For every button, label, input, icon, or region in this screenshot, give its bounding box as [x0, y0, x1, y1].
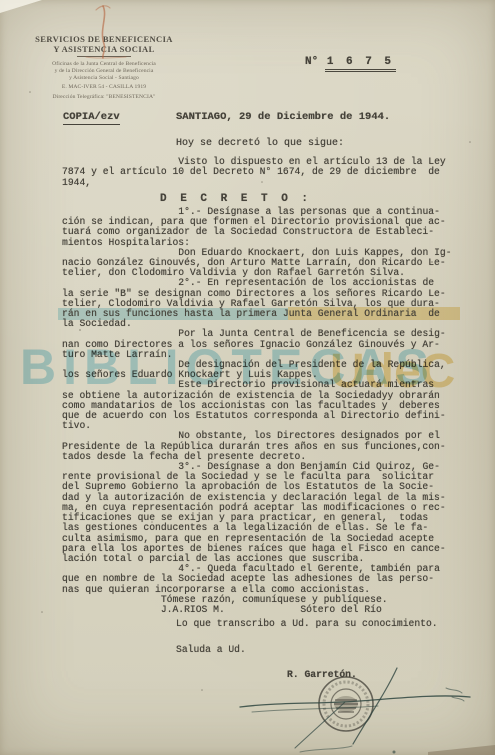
letterhead-detail-line1: Oficinas de la Junta Central de Benefice… [28, 61, 180, 68]
dateline: SANTIAGO, 29 de Diciembre de 1944. [176, 111, 390, 123]
letterhead-detail-line2: y de la Dirección General de Beneficenci… [28, 68, 180, 75]
scanned-decree-page: SERVICIOS DE BENEFICENCIA Y ASISTENCIA S… [0, 0, 495, 755]
letterhead-detail-line4: E. MAC-IVER 54 - CASILLA 1919 [28, 84, 180, 91]
visto-clause: Visto lo dispuesto en el artículo 13 de … [62, 157, 474, 188]
letterhead-title-line2: Y ASISTENCIA SOCIAL [28, 44, 180, 54]
copy-reference: COPIA/ezv [63, 111, 120, 125]
letterhead-detail-line3: y Asistencia Social - Santiago [28, 75, 180, 82]
closing-transcription: Lo que transcribo a Ud. para su conocimi… [176, 618, 438, 629]
decree-intro-line: Hoy se decretó lo que sigue: [176, 138, 344, 149]
letterhead-title-line1: SERVICIOS DE BENEFICENCIA [28, 34, 180, 44]
pen-signature-stroke [240, 668, 470, 754]
document-number: N° 1 6 7 5 [305, 56, 396, 68]
closing-salutation: Saluda a Ud. [176, 644, 246, 655]
document-number-value: 1 6 7 5 [325, 56, 396, 72]
official-stamp-seal [319, 677, 373, 731]
corner-tear-highlight [0, 0, 42, 13]
watermark-udec-text: UdeC [330, 344, 455, 399]
decree-heading: D E C R E T O : [160, 193, 312, 205]
letterhead-detail-line5: Dirección Telegráfica: "BENESISTENCIA" [28, 94, 180, 101]
signature-typed-name: R. Garretón. [287, 669, 357, 680]
letterhead: SERVICIOS DE BENEFICENCIA Y ASISTENCIA S… [28, 34, 180, 101]
document-number-label: N° [305, 56, 318, 68]
letterhead-rule [77, 56, 131, 57]
bottom-edge-shadow [428, 745, 495, 755]
decree-body-text: 1°.- Desígnase a las personas que a cont… [62, 207, 482, 615]
